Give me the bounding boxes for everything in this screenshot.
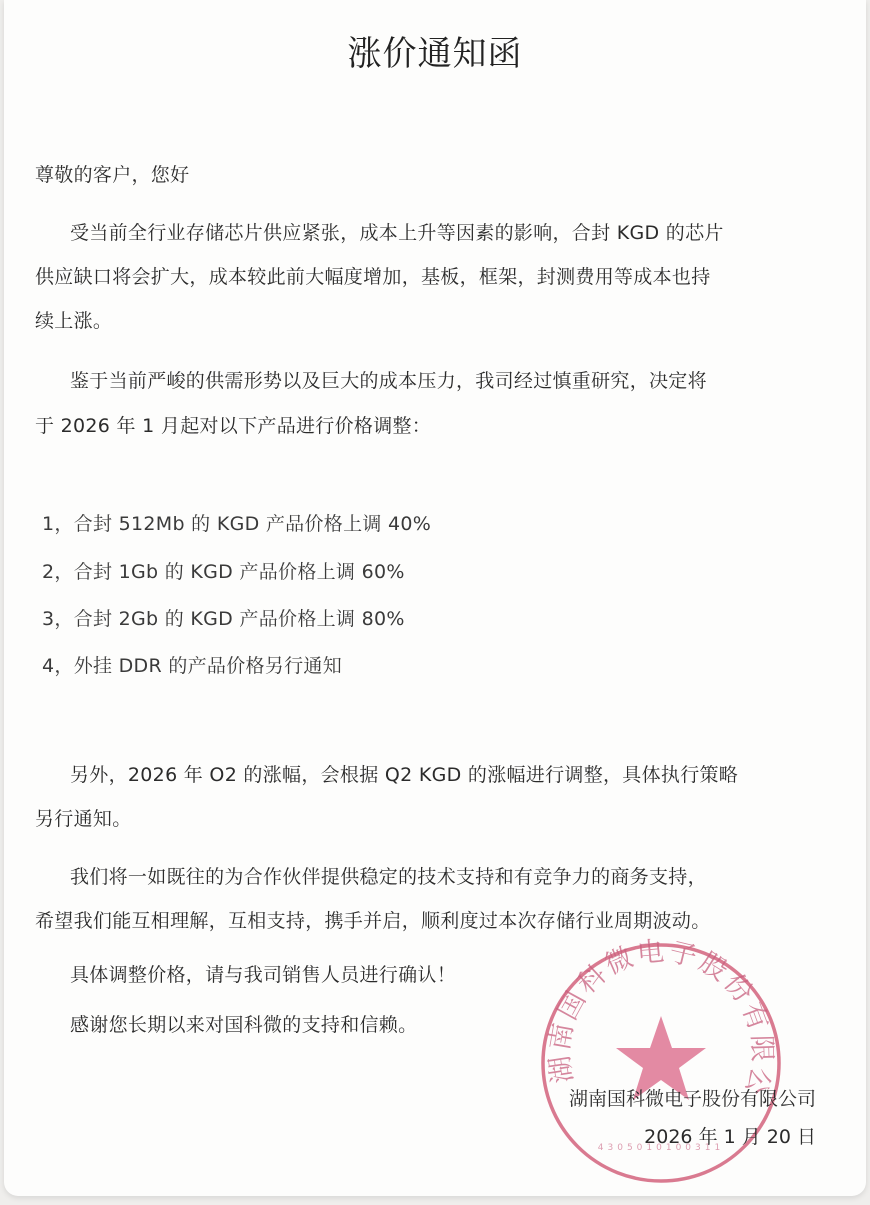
paragraph-3-line-2: 另行通知。 xyxy=(35,804,132,831)
signature-date: 2026 年 1 月 20 日 xyxy=(644,1122,816,1149)
greeting: 尊敬的客户，您好 xyxy=(35,160,189,187)
price-item-4: 4，外挂 DDR 的产品价格另行通知 xyxy=(42,651,342,678)
paragraph-2-line-1: 鉴于当前严峻的供需形势以及巨大的成本压力，我司经过慎重研究，决定将 xyxy=(70,366,707,393)
price-item-1: 1，合封 512Mb 的 KGD 产品价格上调 40% xyxy=(42,509,431,536)
price-item-3: 3，合封 2Gb 的 KGD 产品价格上调 80% xyxy=(42,604,405,631)
paragraph-5: 具体调整价格，请与我司销售人员进行确认！ xyxy=(70,960,456,987)
company-seal: 湖南国科微电子股份有限公司 4305010100311 xyxy=(536,938,786,1188)
paragraph-2-line-2: 于 2026 年 1 月起对以下产品进行价格调整： xyxy=(35,411,431,438)
letter-page: 涨价通知函 尊敬的客户，您好 受当前全行业存储芯片供应紧张，成本上升等因素的影响… xyxy=(4,0,866,1196)
paragraph-3-line-1: 另外，2026 年 O2 的涨幅，会根据 Q2 KGD 的涨幅进行调整，具体执行… xyxy=(70,760,738,787)
signature-company: 湖南国科微电子股份有限公司 xyxy=(569,1084,816,1111)
paragraph-1-line-1: 受当前全行业存储芯片供应紧张，成本上升等因素的影响，合封 KGD 的芯片 xyxy=(70,218,724,245)
paragraph-4-line-1: 我们将一如既往的为合作伙伴提供稳定的技术支持和有竞争力的商务支持， xyxy=(70,862,707,889)
paragraph-6: 感谢您长期以来对国科微的支持和信赖。 xyxy=(70,1010,417,1037)
paragraph-1-line-3: 续上涨。 xyxy=(35,306,112,333)
paragraph-1-line-2: 供应缺口将会扩大，成本较此前大幅度增加，基板，框架，封测费用等成本也持 xyxy=(35,262,711,289)
document-title: 涨价通知函 xyxy=(4,26,866,75)
price-item-2: 2，合封 1Gb 的 KGD 产品价格上调 60% xyxy=(42,557,405,584)
paragraph-4-line-2: 希望我们能互相理解，互相支持，携手并启，顺利度过本次存储行业周期波动。 xyxy=(35,906,711,933)
